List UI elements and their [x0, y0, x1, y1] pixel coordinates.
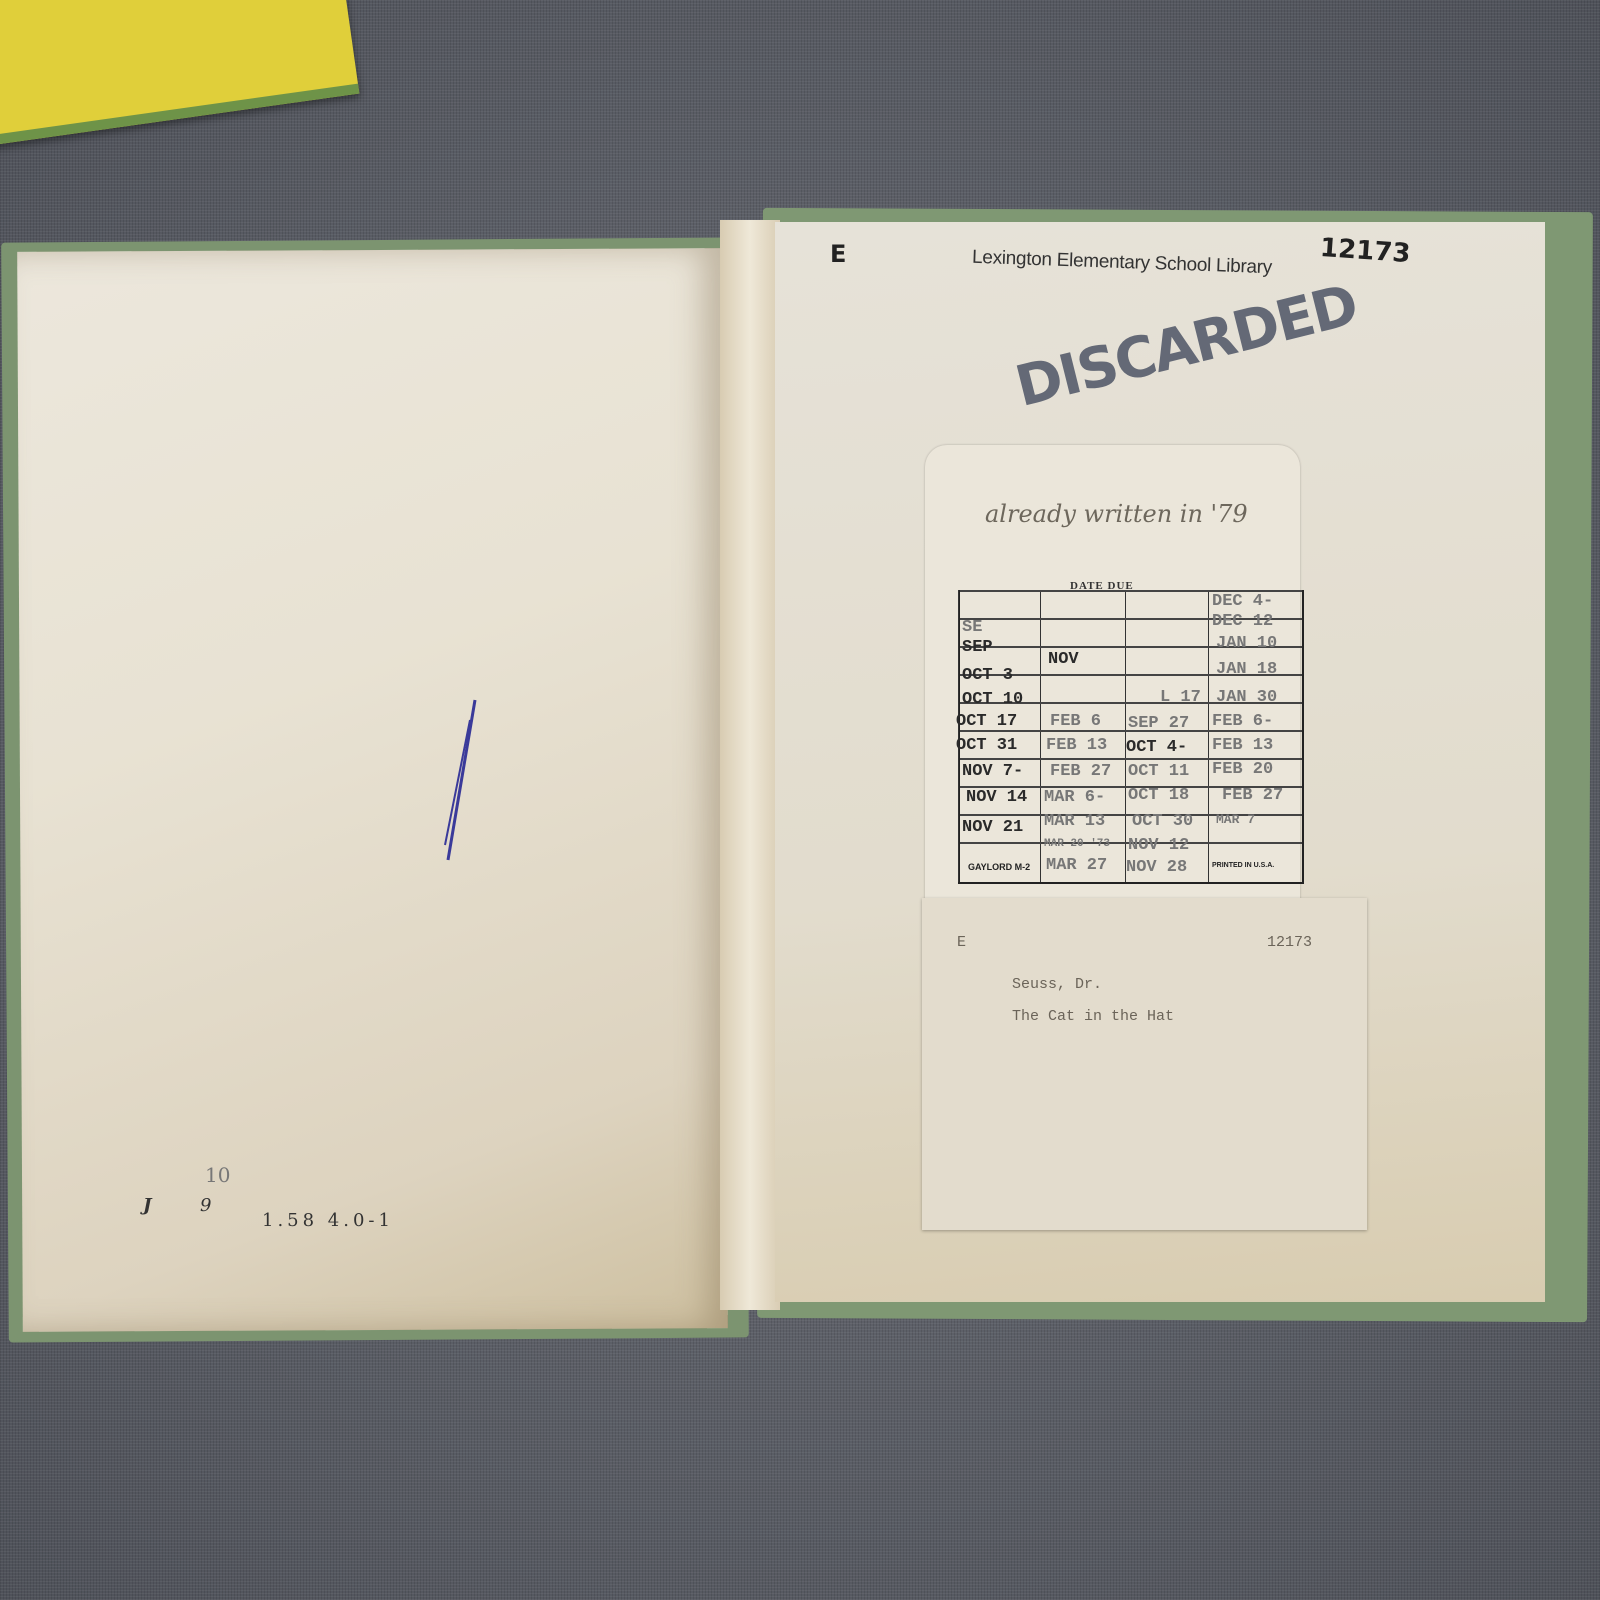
stamp-letter: J [143, 1195, 152, 1216]
accession-number-handwritten: 12173 [1319, 233, 1411, 269]
date-cell: NOV 28 [1126, 858, 1187, 877]
date-cell: NOV [1048, 650, 1079, 669]
date-cell: NOV 12 [1128, 836, 1189, 855]
stamp-number: 1.58 4.0-1 [262, 1210, 394, 1231]
date-cell: MAR 27 [1046, 856, 1107, 875]
date-cell: MAR 13 [1044, 812, 1105, 831]
date-cell: OCT 11 [1128, 762, 1189, 781]
yellow-book-corner [0, 0, 359, 145]
pocket-author: Seuss, Dr. [1012, 976, 1102, 993]
date-cell: FEB 27 [1050, 762, 1111, 781]
book-pocket: E 12173 Seuss, Dr. The Cat in the Hat [922, 898, 1367, 1230]
pocket-call-letter: E [957, 934, 966, 951]
date-cell: MAR 6- [1044, 788, 1105, 807]
date-cell: OCT 3 [962, 666, 1013, 685]
date-cell: FEB 27 [1222, 786, 1283, 805]
stamp-digit: 9 [200, 1195, 211, 1216]
date-cell: OCT 17 [956, 712, 1017, 731]
left-endpaper [17, 248, 728, 1332]
book-gutter [720, 220, 780, 1310]
date-cell: FEB 20 [1212, 760, 1273, 779]
date-cell: SEP [962, 638, 993, 657]
date-cell: L 17 [1160, 688, 1201, 707]
date-cell: NOV 14 [966, 788, 1027, 807]
date-cell: MAR 7 [1216, 812, 1255, 827]
date-cell: DEC 12 [1212, 612, 1273, 631]
pencil-number: 10 [205, 1163, 230, 1187]
date-cell: OCT 31 [956, 736, 1017, 755]
date-cell: SE [962, 618, 982, 637]
date-cell: OCT 10 [962, 690, 1023, 709]
date-cell: FEB 13 [1212, 736, 1273, 755]
blue-pen-mark [440, 695, 480, 865]
date-cell: OCT 18 [1128, 786, 1189, 805]
date-cell: JAN 30 [1216, 688, 1277, 707]
date-cell: FEB 6 [1050, 712, 1101, 731]
date-cell: SEP 27 [1128, 714, 1189, 733]
date-cell: NOV 21 [962, 818, 1023, 837]
handwritten-note: already written in '79 [985, 500, 1248, 528]
pocket-accession-number: 12173 [1267, 934, 1312, 951]
date-cell: JAN 10 [1216, 634, 1277, 653]
card-maker-label: GAYLORD M-2 [968, 862, 1030, 872]
date-cell: NOV 7- [962, 762, 1023, 781]
date-cell: OCT 4- [1126, 738, 1187, 757]
date-due-grid: SE SEP OCT 3 OCT 10 OCT 17 OCT 31 NOV 7-… [958, 590, 1304, 884]
date-cell: FEB 13 [1046, 736, 1107, 755]
date-cell: FEB 6- [1212, 712, 1273, 731]
pocket-title: The Cat in the Hat [1012, 1008, 1174, 1025]
card-printed-label: PRINTED IN U.S.A. [1212, 862, 1274, 869]
date-cell: DEC 4- [1212, 592, 1273, 611]
date-cell: OCT 30 [1132, 812, 1193, 831]
date-cell: MAR 20 '73 [1044, 838, 1110, 850]
date-cell: JAN 18 [1216, 660, 1277, 679]
call-letter: E [830, 240, 846, 268]
